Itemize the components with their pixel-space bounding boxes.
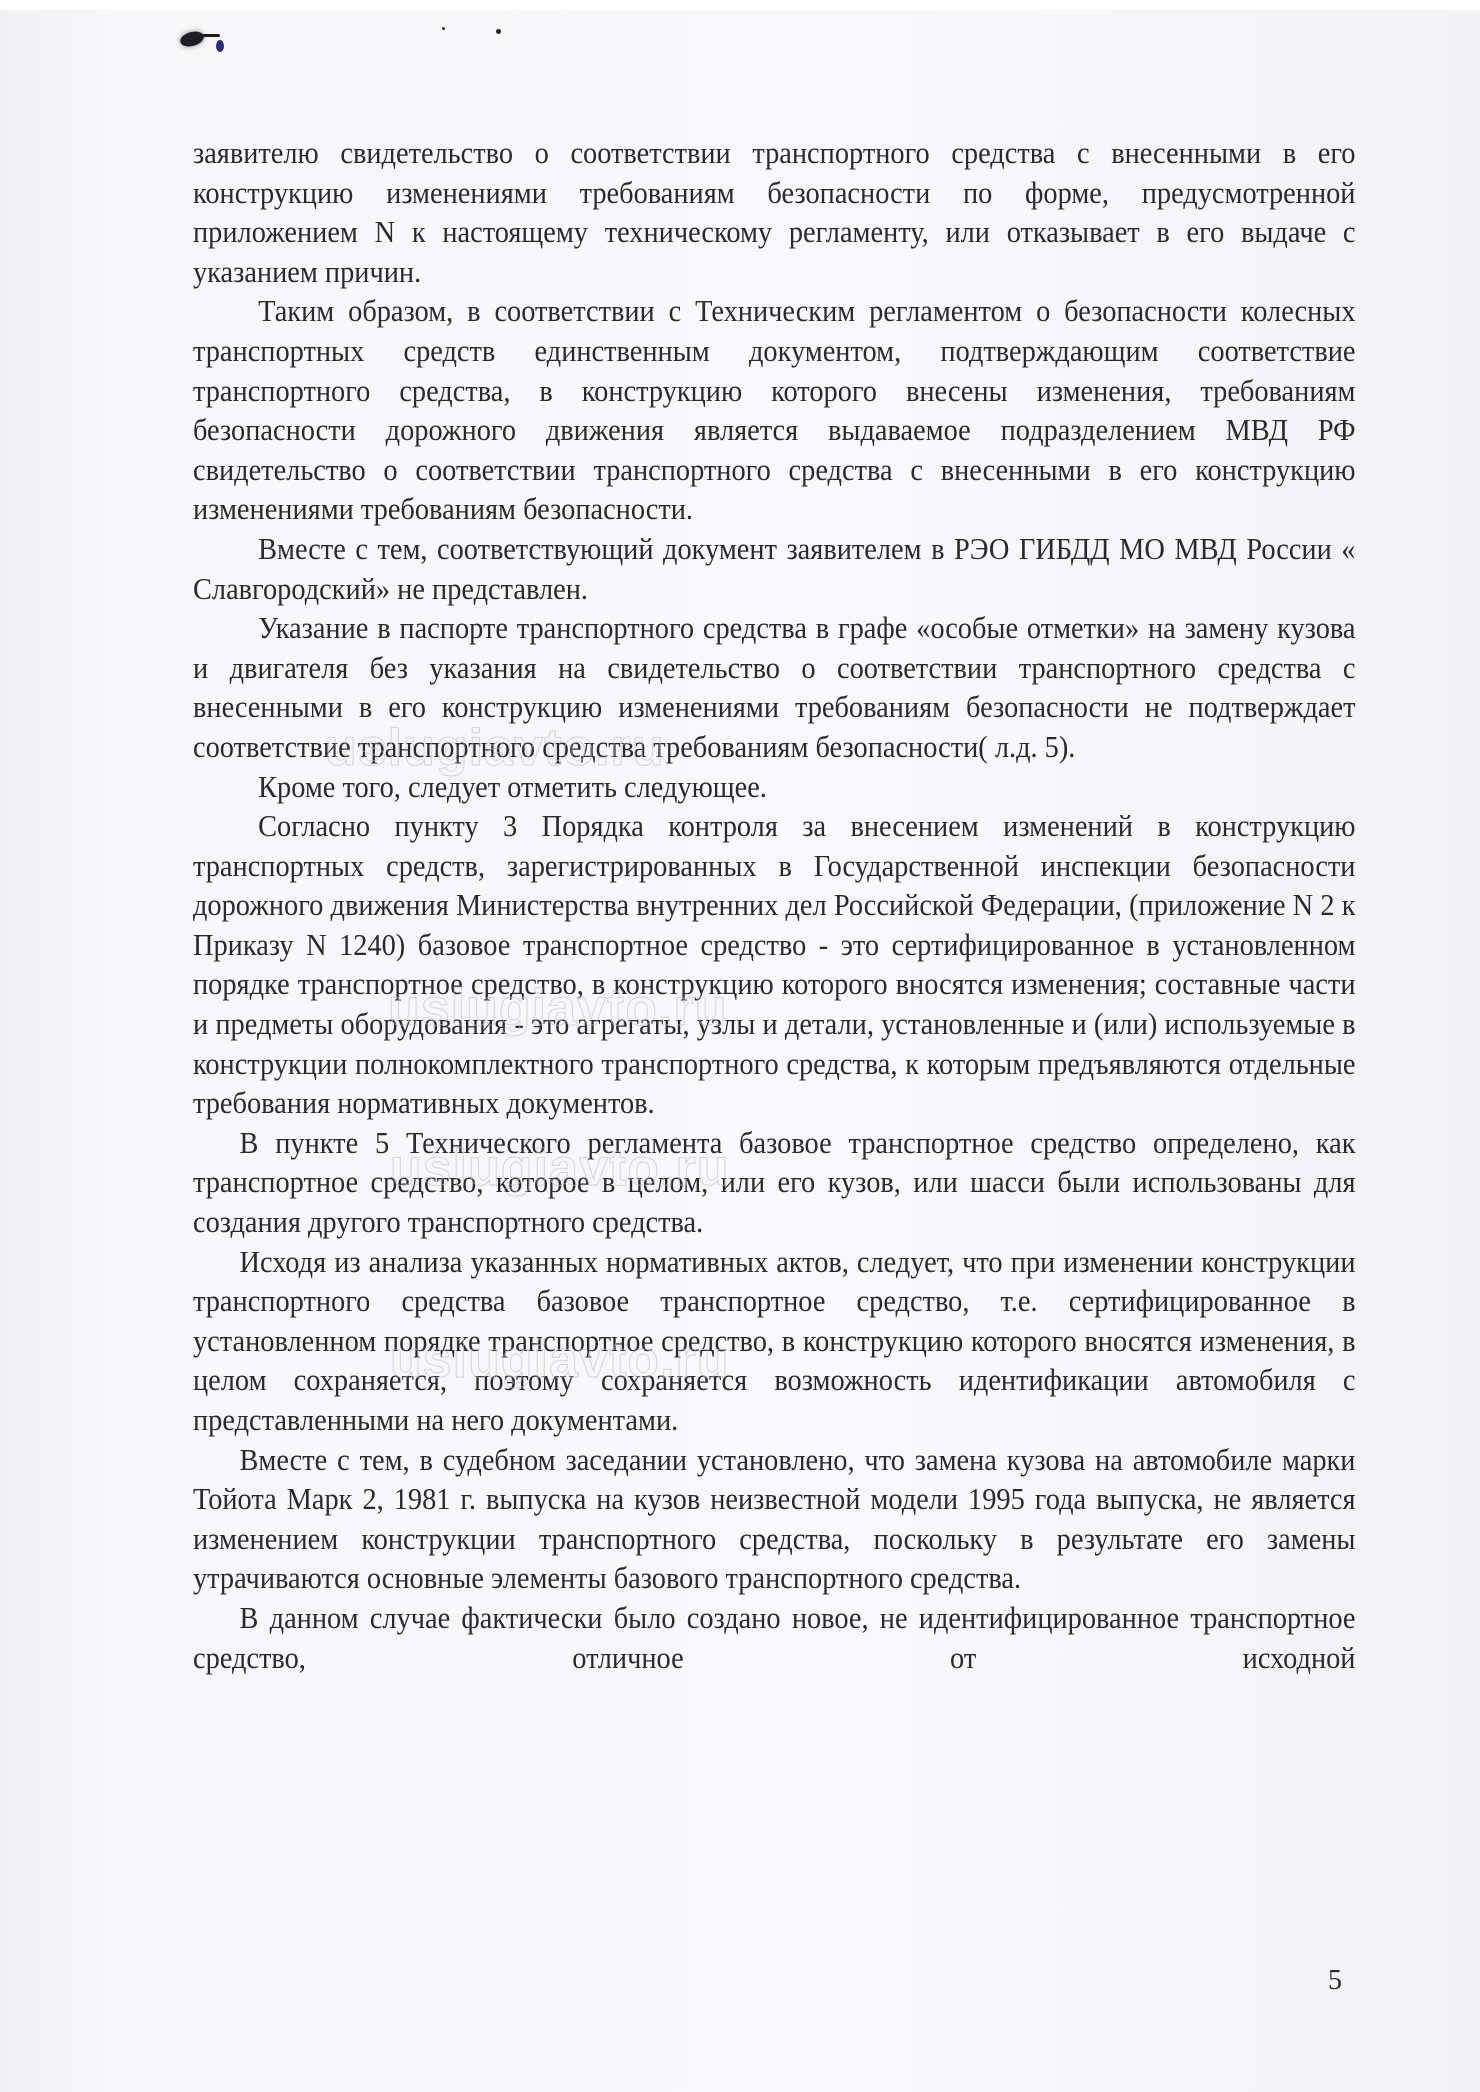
ink-speck-mark <box>442 27 445 30</box>
paragraph: заявителю свидетельство о соответствии т… <box>193 134 1356 292</box>
paragraph: Согласно пункту 3 Порядка контроля за вн… <box>193 807 1356 1124</box>
ink-smudge-mark <box>200 34 220 37</box>
paragraph: Исходя из анализа указанных нормативных … <box>193 1243 1356 1441</box>
paragraph: Таким образом, в соответствии с Техничес… <box>193 292 1356 530</box>
document-body: заявителю свидетельство о соответствии т… <box>193 134 1356 1678</box>
paragraph: Вместе с тем, соответствующий документ з… <box>193 530 1356 609</box>
ink-speck-mark <box>496 29 501 34</box>
paragraph: Кроме того, следует отметить следующее. <box>193 768 1356 808</box>
page-number: 5 <box>1328 1965 1342 1997</box>
paragraph: В данном случае фактически было создано … <box>193 1599 1356 1678</box>
paragraph: Вместе с тем, в судебном заседании устан… <box>193 1441 1356 1599</box>
scan-top-edge <box>0 0 1480 10</box>
document-page: заявителю свидетельство о соответствии т… <box>0 0 1480 2092</box>
ink-smudge-mark <box>216 40 224 52</box>
ink-smudge-mark <box>179 29 206 49</box>
paragraph: В пункте 5 Технического регламента базов… <box>193 1124 1356 1243</box>
paragraph: Указание в паспорте транспортного средст… <box>193 609 1356 767</box>
